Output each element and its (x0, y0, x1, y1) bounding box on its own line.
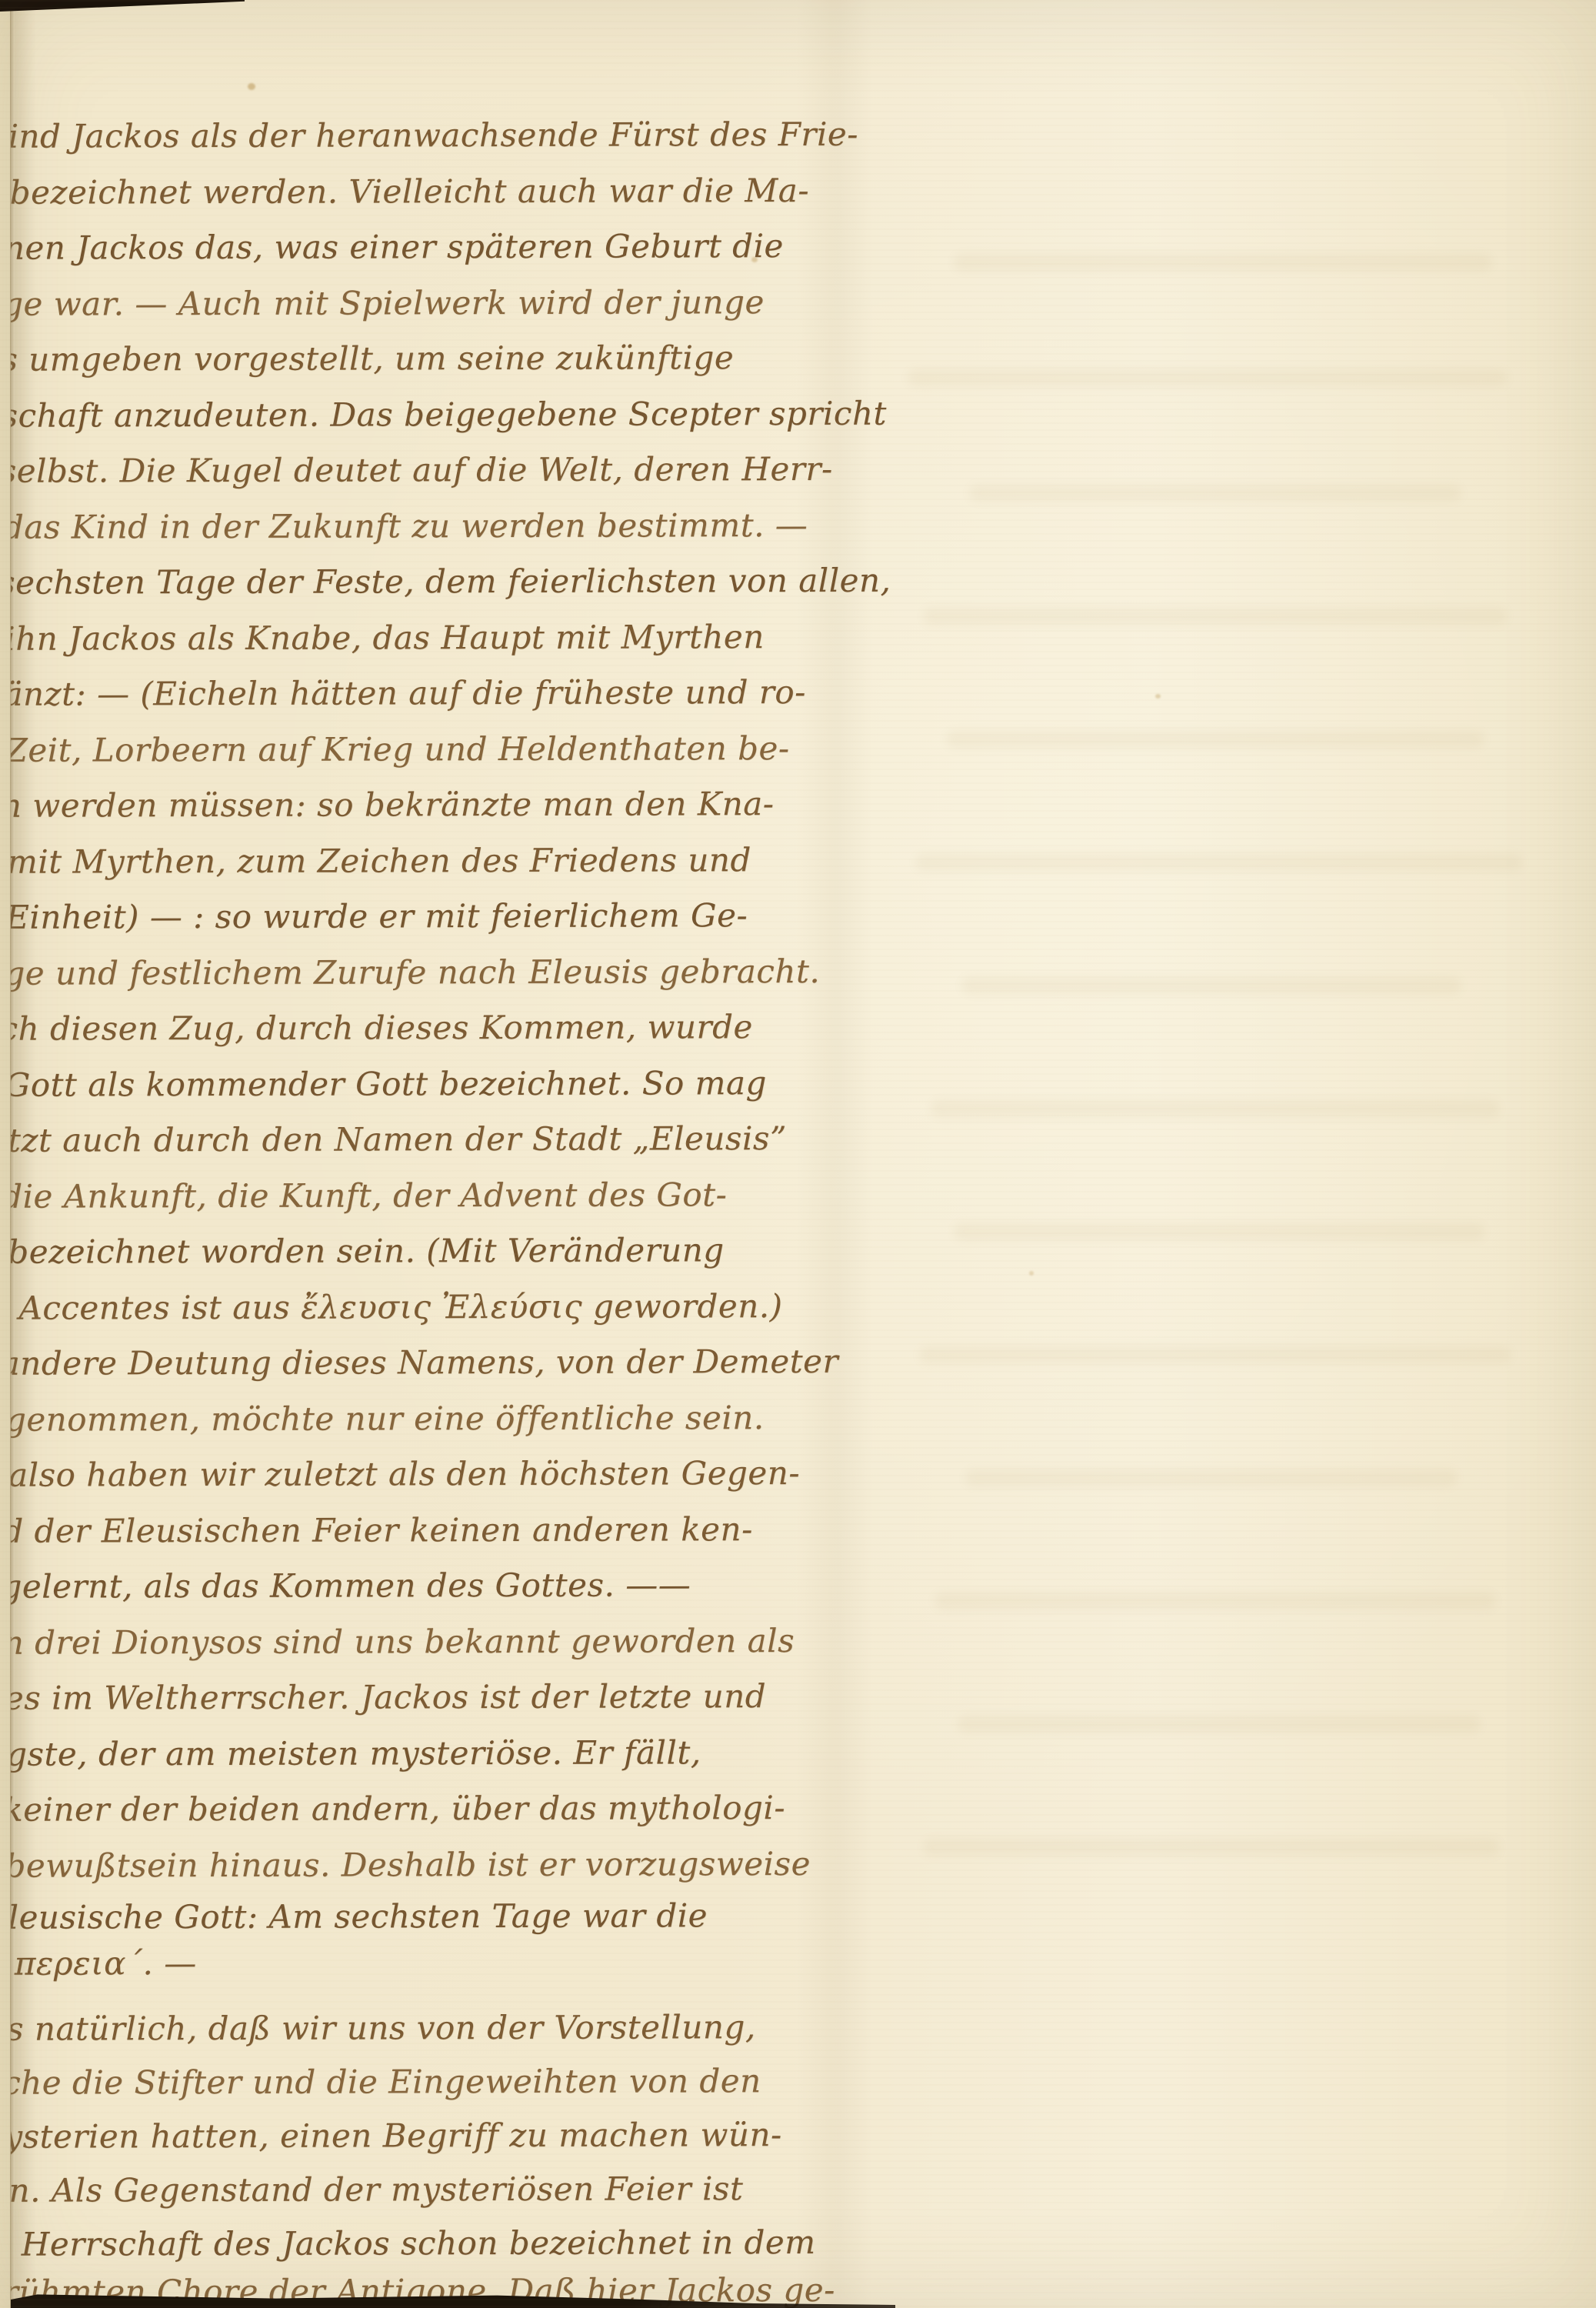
manuscript-line: es im Weltherrscher. Jackos ist der letz… (5, 1677, 766, 1717)
manuscript-line: περεια΄. — (15, 1944, 197, 1983)
manuscript-line: Accentes ist aus ἔλευσις Ἐλεύσις geworde… (18, 1287, 782, 1327)
manuscript-line: n. Als Gegenstand der mysteriösen Feier … (8, 2170, 743, 2209)
manuscript-line: ysterien hatten, einen Begriff zu machen… (4, 2116, 781, 2156)
manuscript-line: Herrschaft des Jackos schon bezeichnet i… (22, 2223, 816, 2263)
manuscript-line: ch diesen Zug, durch dieses Kommen, wurd… (0, 1008, 753, 1048)
manuscript-line: bezeichnet worden sein. (Mit Veränderung (8, 1231, 724, 1270)
manuscript-line: ind Jackos als der heranwachsende Fürst … (8, 115, 858, 155)
manuscript-line: andere Deutung dieses Namens, von der De… (1, 1342, 838, 1382)
manuscript-line: bezeichnet werden. Vielleicht auch war d… (10, 172, 809, 212)
handwritten-text-block: ind Jackos als der heranwachsende Fürst … (0, 0, 1596, 2308)
manuscript-line: änzt: — (Eicheln hätten auf die früheste… (3, 673, 806, 713)
manuscript-line: nen Jackos das, was einer späteren Gebur… (4, 227, 784, 267)
manuscript-line: tzt auch durch den Namen der Stadt „Eleu… (8, 1119, 787, 1159)
manuscript-line: Zeit, Lorbeern auf Krieg und Heldenthate… (5, 729, 790, 769)
manuscript-line: genommen, möchte nur eine öffentliche se… (5, 1399, 765, 1439)
manuscript-line: schaft anzudeuten. Das beigegebene Scept… (1, 395, 886, 435)
manuscript-line: mit Myrthen, zum Zeichen des Friedens un… (7, 841, 751, 881)
manuscript-line: n drei Dionysos sind uns bekannt geworde… (3, 1622, 795, 1662)
page-left-edge-shadow (15, 0, 36, 2308)
manuscript-line: gelernt, als das Kommen des Gottes. —— (1, 1566, 691, 1605)
manuscript-line: keiner der beiden andern, über das mytho… (3, 1789, 785, 1829)
manuscript-line: ihn Jackos als Knabe, das Haupt mit Myrt… (5, 618, 765, 658)
manuscript-scan: ind Jackos als der heranwachsende Fürst … (0, 0, 1596, 2308)
manuscript-line: s umgeben vorgestellt, um seine zukünfti… (1, 339, 734, 378)
manuscript-line: che die Stifter und die Eingeweihten von… (2, 2062, 761, 2102)
manuscript-line: Einheit) — : so wurde er mit feierlichem… (5, 896, 748, 936)
manuscript-line: s natürlich, daß wir uns von der Vorstel… (7, 2008, 756, 2048)
manuscript-line: das Kind in der Zukunft zu werden bestim… (3, 506, 808, 546)
manuscript-line: bewußtsein hinaus. Deshalb ist er vorzug… (5, 1845, 811, 1885)
manuscript-line: Gott als kommender Gott bezeichnet. So m… (5, 1064, 767, 1104)
manuscript-line: ge war. — Auch mit Spielwerk wird der ju… (2, 283, 765, 323)
manuscript-line: also haben wir zuletzt als den höchsten … (8, 1454, 800, 1494)
manuscript-line: d der Eleusischen Feier keinen anderen k… (2, 1510, 753, 1550)
manuscript-line: leusische Gott: Am sechsten Tage war die (8, 1896, 708, 1936)
manuscript-line: gste, der am meisten mysteriöse. Er fäll… (6, 1733, 701, 1773)
page-left-edge (0, 0, 11, 2308)
manuscript-line: selbst. Die Kugel deutet auf die Welt, d… (0, 450, 833, 490)
manuscript-line: sechsten Tage der Feste, dem feierlichst… (0, 562, 891, 602)
manuscript-line: n werden müssen: so bekränzte man den Kn… (1, 785, 775, 825)
manuscript-line: ge und festlichem Zurufe nach Eleusis ge… (4, 952, 820, 992)
manuscript-line: die Ankunft, die Kunft, der Advent des G… (2, 1176, 727, 1215)
